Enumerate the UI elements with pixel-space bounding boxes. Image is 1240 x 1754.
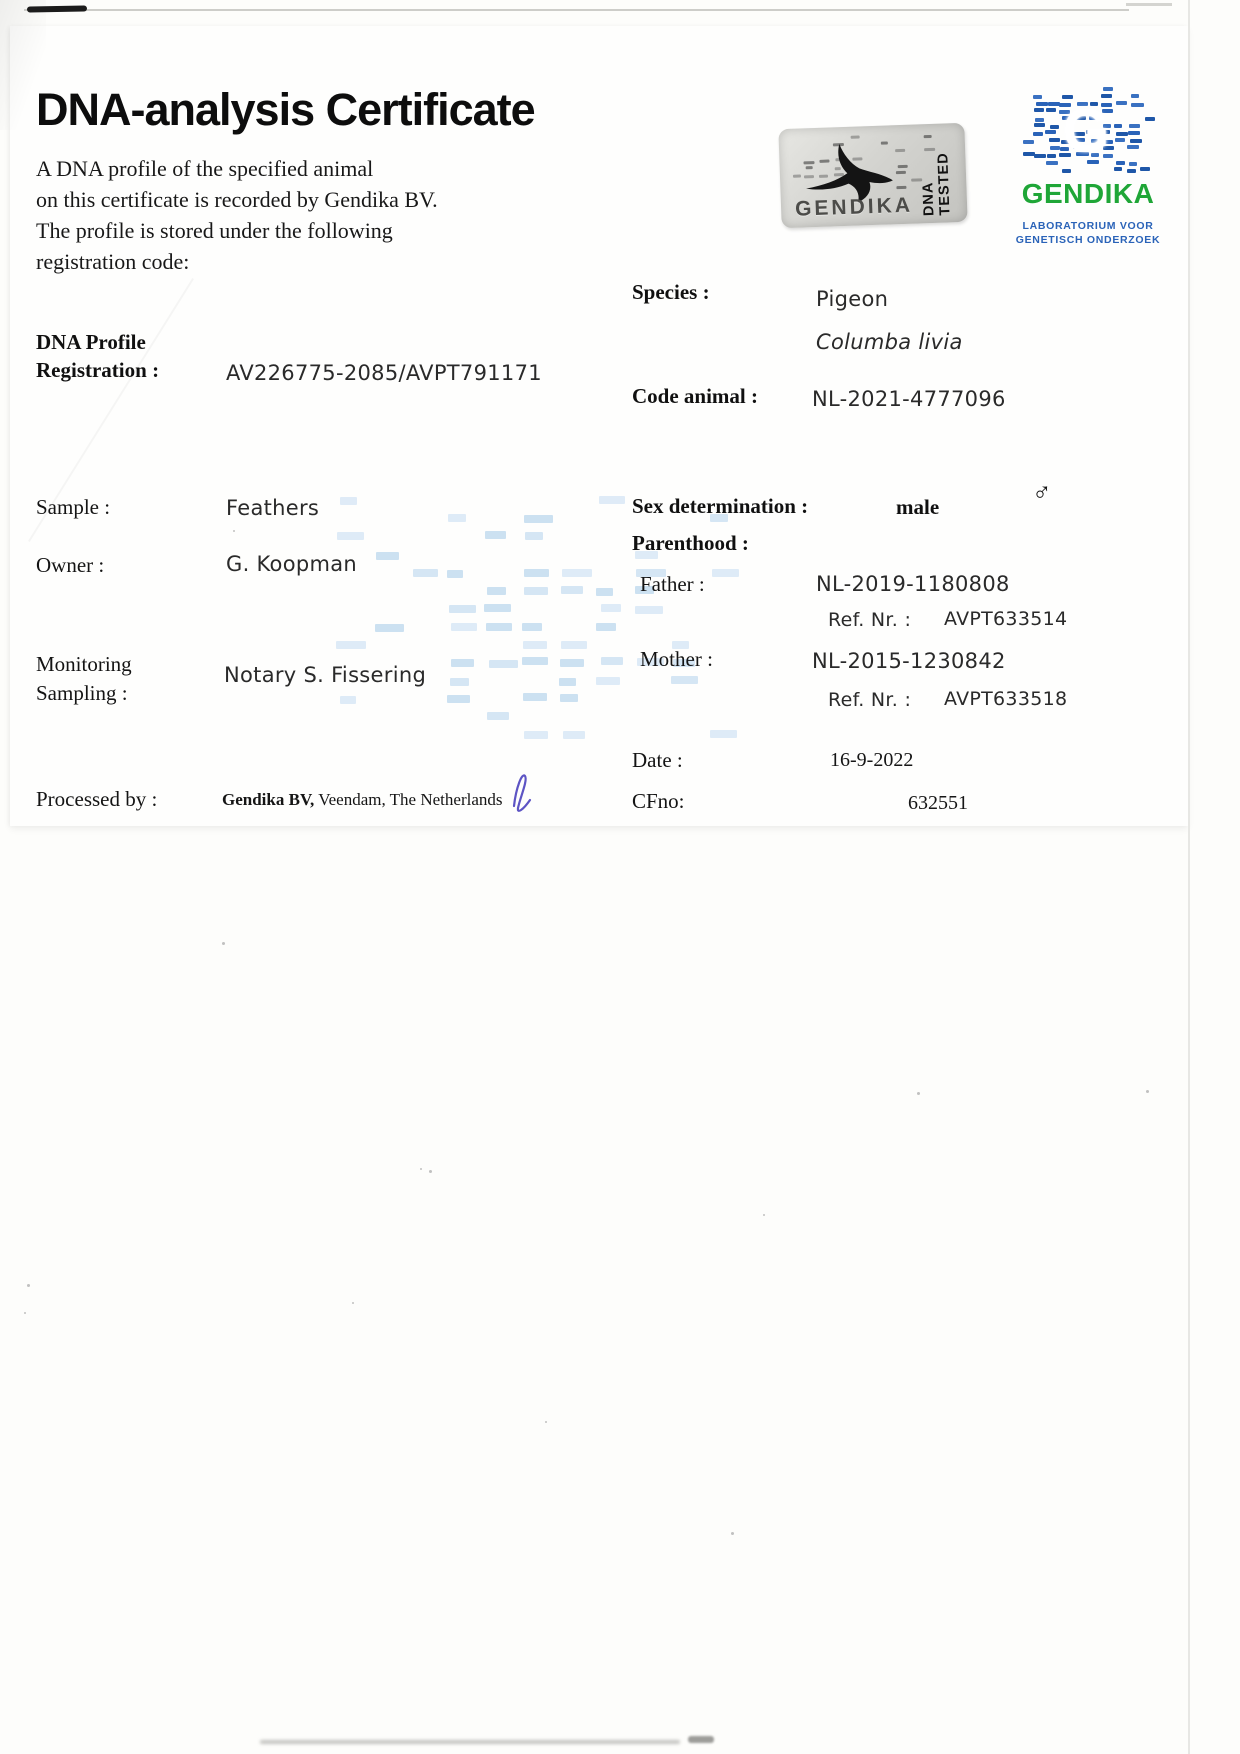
scan-speck	[27, 1284, 30, 1287]
scan-speck	[1146, 1090, 1149, 1093]
dna-profile-value: AV226775-2085/AVPT791171	[226, 361, 542, 385]
processed-by-value: Gendika BV, Veendam, The Netherlands	[222, 790, 503, 810]
logo-subtitle-line1: LABORATORIUM VOOR	[1008, 220, 1168, 232]
scan-speck	[545, 1421, 547, 1423]
dna-profile-label-line2: Registration :	[36, 358, 159, 383]
scan-right-edge	[1188, 0, 1190, 1754]
sticker-dna-tested-text: DNA TESTED	[919, 131, 954, 216]
intro-line: on this certificate is recorded by Gendi…	[36, 184, 438, 215]
scan-speck	[420, 1168, 422, 1170]
intro-line: The profile is stored under the followin…	[36, 215, 438, 246]
date-label: Date :	[632, 748, 683, 773]
scan-top-dash	[27, 5, 87, 12]
processed-by-label: Processed by :	[36, 787, 157, 812]
scan-speck	[24, 1312, 26, 1314]
sticker-brand-text: GENDIKA	[795, 194, 914, 222]
species-label: Species :	[632, 280, 710, 305]
scan-speck	[763, 1214, 765, 1216]
sample-label: Sample :	[36, 495, 110, 520]
sample-value: Feathers	[226, 496, 319, 520]
mother-ref-value: AVPT633518	[944, 688, 1067, 710]
cfno-label: CFno:	[632, 789, 685, 814]
processed-by-value-bold: Gendika BV,	[222, 790, 314, 809]
father-label: Father :	[640, 572, 705, 597]
mother-ref-label: Ref. Nr. :	[828, 689, 911, 711]
owner-value: G. Koopman	[226, 552, 357, 576]
male-symbol: ♂	[1032, 478, 1052, 508]
intro-line: registration code:	[36, 246, 438, 277]
intro-paragraph: A DNA profile of the specified animal on…	[36, 153, 438, 277]
monitoring-value: Notary S. Fissering	[224, 663, 426, 687]
dna-profile-label-line1: DNA Profile	[36, 330, 146, 355]
page-title: DNA-analysis Certificate	[36, 84, 535, 136]
cfno-value: 632551	[908, 792, 968, 815]
father-ref-value: AVPT633514	[944, 608, 1067, 630]
code-animal-label: Code animal :	[632, 384, 758, 409]
mother-label: Mother :	[640, 647, 713, 672]
scan-speck	[917, 1092, 920, 1095]
logo-brand-text: GENDIKA	[1014, 178, 1162, 210]
monitoring-label-line2: Sampling :	[36, 681, 128, 706]
owner-label: Owner :	[36, 553, 104, 578]
logo-subtitle-line2: GENETISCH ONDERZOEK	[1008, 234, 1168, 246]
certificate-page: DNA-analysis Certificate A DNA profile o…	[0, 0, 1240, 1754]
scan-top-dash-right	[1126, 3, 1172, 6]
species-latin-value: Columba livia	[816, 330, 963, 354]
date-value: 16-9-2022	[830, 749, 913, 772]
sex-value: male	[896, 495, 939, 520]
sex-determination-label: Sex determination :	[632, 494, 808, 519]
scan-speck	[222, 942, 225, 945]
scan-top-line	[24, 9, 1129, 11]
mother-value: NL-2015-1230842	[812, 649, 1006, 673]
scan-bottom-smudge	[260, 1740, 680, 1744]
species-common-value: Pigeon	[816, 287, 888, 311]
dna-tested-sticker: GENDIKA DNA TESTED	[778, 123, 967, 228]
scan-speck	[233, 530, 235, 532]
pen-mark	[505, 766, 535, 818]
scan-speck	[429, 1170, 432, 1173]
logo-g-letter: G	[1018, 86, 1154, 174]
scan-speck	[731, 1532, 734, 1535]
processed-by-value-rest: Veendam, The Netherlands	[314, 790, 502, 809]
scan-bottom-smudge-dark	[688, 1736, 714, 1743]
code-animal-value: NL-2021-4777096	[812, 387, 1006, 411]
father-ref-label: Ref. Nr. :	[828, 609, 911, 631]
intro-line: A DNA profile of the specified animal	[36, 153, 438, 184]
monitoring-label-line1: Monitoring	[36, 652, 132, 677]
father-value: NL-2019-1180808	[816, 572, 1010, 596]
parenthood-label: Parenthood :	[632, 531, 749, 556]
scan-speck	[352, 1302, 354, 1304]
